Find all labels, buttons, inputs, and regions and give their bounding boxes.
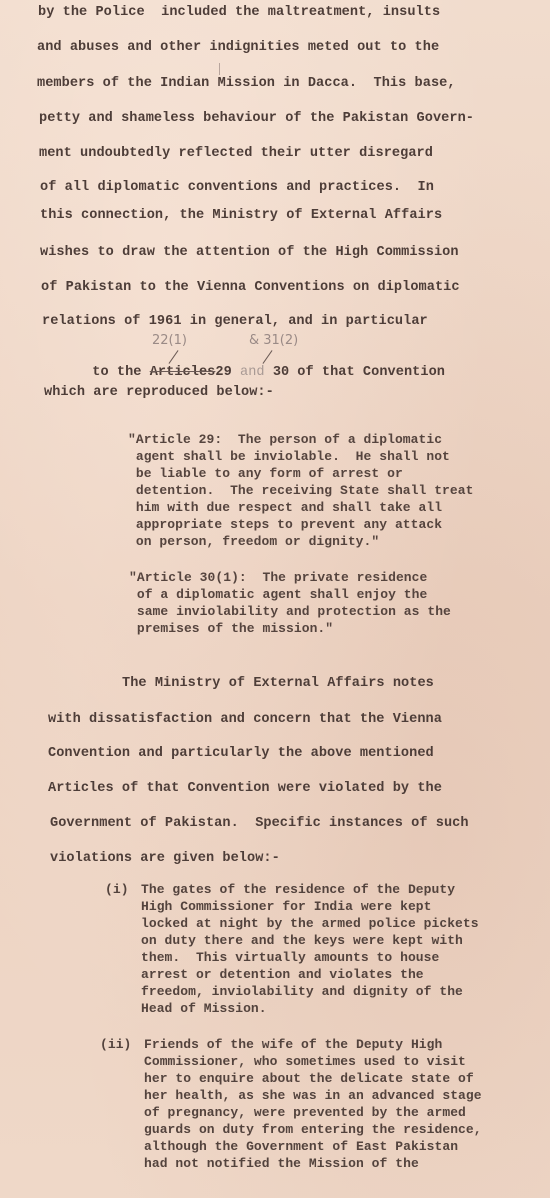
text-prefix: to the	[92, 365, 149, 380]
text-line: Government of Pakistan. Specific instanc…	[50, 816, 469, 831]
quote-line: "Article 30(1): The private residence	[129, 570, 427, 585]
item-line: her health, as she was in an advanced st…	[144, 1088, 482, 1103]
handwritten-annotation-22-1: 22(1)	[152, 333, 187, 348]
quote-line: "Article 29: The person of a diplomatic	[128, 432, 442, 447]
quote-line: premises of the mission."	[129, 621, 333, 636]
text-line: Convention and particularly the above me…	[48, 746, 434, 761]
item-line: Head of Mission.	[141, 1001, 267, 1016]
quote-line: appropriate steps to prevent any attack	[128, 517, 442, 532]
text-line: Articles of that Convention were violate…	[48, 781, 442, 796]
quote-line: agent shall be inviolable. He shall not	[128, 449, 450, 464]
article-number: 30	[265, 365, 290, 380]
item-line: guards on duty from entering the residen…	[144, 1122, 482, 1137]
item-line: arrest or detention and violates the	[141, 967, 424, 982]
quote-line: same inviolability and protection as the	[129, 604, 451, 619]
item-line: The gates of the residence of the Deputy	[141, 882, 455, 897]
item-line: High Commissioner for India were kept	[141, 899, 432, 914]
item-line: Friends of the wife of the Deputy High	[144, 1037, 442, 1052]
item-line: of pregnancy, were prevented by the arme…	[144, 1105, 466, 1120]
item-marker: (ii)	[100, 1037, 131, 1052]
pencil-mark	[219, 63, 220, 75]
text-suffix: of that Convention	[297, 365, 445, 380]
text-line: and abuses and other indignities meted o…	[37, 40, 439, 55]
item-line: locked at night by the armed police pick…	[141, 916, 479, 931]
quote-line: of a diplomatic agent shall enjoy the	[129, 587, 427, 602]
quote-line: detention. The receiving State shall tre…	[128, 483, 473, 498]
quote-line: be liable to any form of arrest or	[128, 466, 403, 481]
text-line: ment undoubtedly reflected their utter d…	[39, 146, 433, 161]
typewritten-page: by the Police included the maltreatment,…	[0, 0, 550, 1198]
handwritten-annotation-31-2: & 31(2)	[249, 333, 298, 348]
text-line: members of the Indian Mission in Dacca. …	[37, 76, 456, 91]
article-number: 29	[215, 365, 240, 380]
text-line: of Pakistan to the Vienna Conventions on…	[41, 280, 460, 295]
item-line: them. This virtually amounts to house	[141, 950, 439, 965]
text-line: which are reproduced below:-	[44, 385, 274, 400]
item-line: although the Government of East Pakistan	[144, 1139, 458, 1154]
item-line: Commissioner, who sometimes used to visi…	[144, 1054, 466, 1069]
text-line: this connection, the Ministry of Externa…	[40, 208, 442, 223]
item-line: had not notified the Mission of the	[144, 1156, 419, 1171]
struck-word: Articles	[150, 365, 216, 380]
faint-and: and	[240, 365, 265, 380]
item-marker: (i)	[105, 882, 129, 897]
quote-line: on person, freedom or dignity."	[128, 534, 379, 549]
item-line: freedom, inviolability and dignity of th…	[141, 984, 463, 999]
item-line: on duty there and the keys were kept wit…	[141, 933, 463, 948]
text-line: with dissatisfaction and concern that th…	[48, 712, 442, 727]
text-line: by the Police included the maltreatment,…	[38, 5, 440, 20]
text-line: wishes to draw the attention of the High…	[40, 245, 459, 260]
text-line: of all diplomatic conventions and practi…	[40, 180, 434, 195]
text-line: violations are given below:-	[50, 851, 280, 866]
text-line: relations of 1961 in general, and in par…	[42, 314, 428, 329]
item-line: her to enquire about the delicate state …	[144, 1071, 474, 1086]
text-line: petty and shameless behaviour of the Pak…	[39, 111, 474, 126]
text-line: The Ministry of External Affairs notes	[122, 676, 434, 691]
quote-line: him with due respect and shall take all	[128, 500, 442, 515]
